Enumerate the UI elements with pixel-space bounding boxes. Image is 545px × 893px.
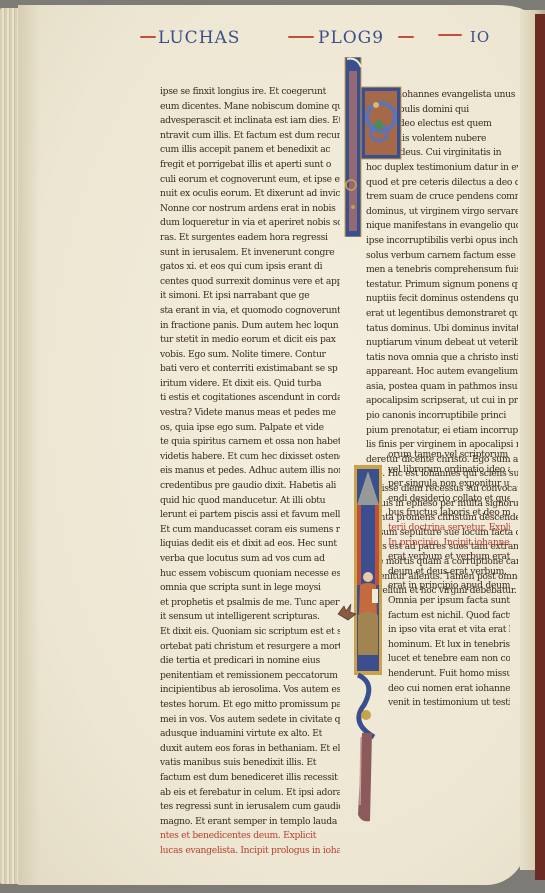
flourish-red (438, 34, 462, 36)
text-line: vatis manibus suis benedixit illis. Et (160, 756, 340, 771)
text-line: men a tenebris comprehensum fuisse (366, 263, 518, 278)
right-text-column-lower: orum tamen vel scriptorum tempore dispos… (388, 448, 510, 711)
text-line: eis manus et pedes. Adhuc autem illis no… (160, 464, 340, 479)
text-line: hominum. Et lux in tenebris (388, 638, 510, 653)
text-line: apocalipsim scripserat, ut cui in princi (366, 394, 518, 409)
text-line: per singula non exponitur ut sci (388, 477, 510, 492)
text-line: it simoni. Et ipsi narrabant que ge (160, 289, 340, 304)
text-line: lucas evangelista. Incipit prologus in i… (160, 844, 340, 859)
text-line: tes regressi sunt in ierusalem cum gaudi… (160, 800, 340, 815)
text-line: os, quia ipse ego sum. Palpate et vide (160, 421, 340, 436)
text-line: omnia que scripta sunt in lege moysi (160, 581, 340, 596)
text-line: in ipso vita erat et vita erat lux (388, 623, 510, 638)
text-line: quid hic quod manducetur. At illi obtu (160, 494, 340, 509)
text-line: ntravit cum illis. Et factum est dum rec… (160, 129, 340, 144)
text-line: nuptiarum vinum debeat ut veteribus inmu (366, 336, 518, 351)
text-line: in fractione panis. Dum autem hec loqun (160, 319, 340, 334)
text-line: solus verbum carnem factum esse nec lu (366, 249, 518, 264)
running-head-left: LUCHAS (158, 28, 240, 48)
text-line: fregit et porrigebat illis et aperti sun… (160, 158, 340, 173)
text-line: liquias dedit eis et dixit ad eos. Hec s… (160, 537, 340, 552)
text-line: terii doctrina servetur. Explicit prolog… (388, 521, 510, 536)
text-line: magno. Et erant semper in templo lauda (160, 815, 340, 830)
text-line: nuptiis fecit dominus ostendens quod ips… (366, 292, 518, 307)
text-line: Omnia per ipsum facta sunt et sine ipso (388, 594, 510, 609)
dragon-head-icon (336, 600, 358, 622)
text-line: ab eis et ferebatur in celum. Et ipsi ad… (160, 786, 340, 801)
flourish-red (288, 36, 314, 38)
text-line: ipse se finxit longius ire. Et coegerunt (160, 85, 340, 100)
text-line: testes horum. Et ego mitto promissum pat… (160, 698, 340, 713)
text-line: pio canonis incorruptibile princi (366, 409, 518, 424)
left-text-column: ipse se finxit longius ire. Et coegerunt… (160, 85, 340, 858)
text-line: orum tamen vel scriptorum tempore dispos… (388, 448, 510, 463)
text-line: ras. Et surgentes eadem hora regressi (160, 231, 340, 246)
text-line: bati vero et conterriti existimabant se … (160, 362, 340, 377)
text-line: pium prenotatur, ei etiam incorruptibi (366, 424, 518, 439)
text-line: adusque induamini virtute ex alto. Et (160, 727, 340, 742)
text-line: venit in testimonium ut testimonium perh… (388, 696, 510, 711)
text-line: culi eorum et cognoverunt eum, et ipse e… (160, 173, 340, 188)
text-line: erat verbum et verbum erat apud (388, 550, 510, 565)
text-line: tatis nova omnia que a christo instituun… (366, 351, 518, 366)
text-line: it sensum ut intelligerent scripturas. (160, 610, 340, 625)
flourish-red (140, 36, 156, 38)
text-line: tur stetit in medio eorum et dicit eis p… (160, 333, 340, 348)
text-line: erat in principio apud deum. (388, 579, 510, 594)
text-line: lerunt ei partem piscis assi et favum me… (160, 508, 340, 523)
text-line: duxit autem eos foras in bethaniam. Et e… (160, 742, 340, 757)
text-line: verba que locutus sum ad vos cum ad (160, 552, 340, 567)
text-line: factum est nichil. Quod factum est (388, 609, 510, 624)
text-line: eum dicentes. Mane nobiscum domine quoni… (160, 100, 340, 115)
historiated-initial-i (352, 465, 384, 825)
text-line: testatur. Primum signum ponens quod in (366, 278, 518, 293)
text-line: bus fructus laboris et deo magis (388, 506, 510, 521)
text-line: et prophetis et psalmis de me. Tunc aper… (160, 596, 340, 611)
text-line: vobis. Ego sum. Nolite timere. Contur (160, 348, 340, 363)
text-line: tatus dominus. Ubi dominus invitatus est… (366, 322, 518, 337)
text-line: Et cum manducasset coram eis sumens re (160, 523, 340, 538)
text-line: henderunt. Fuit homo missus a (388, 667, 510, 682)
text-line: Et dixit eis. Quoniam sic scriptum est e… (160, 625, 340, 640)
gutter-shadow (18, 5, 40, 885)
text-line: dum loqueretur in via et aperiret nobis … (160, 216, 340, 231)
text-line: centes quod surrexit dominus vere et app… (160, 275, 340, 290)
text-line: huc essem vobiscum quoniam necesse est i… (160, 567, 340, 582)
text-line: sta erant in via, et quomodo cognoverunt… (160, 304, 340, 319)
text-line: asia, postea quam in pathmos insula (366, 380, 518, 395)
flourish-red (398, 36, 414, 38)
text-line: deum et deus erat verbum. Hoc (388, 565, 510, 580)
text-line: factum est dum benediceret illis recessi… (160, 771, 340, 786)
text-line: credentibus pre gaudio dixit. Habetis al… (160, 479, 340, 494)
text-line: gatos xi. et eos qui cum ipsis erant di (160, 260, 340, 275)
historiated-initial-h (343, 57, 403, 237)
text-line: appareant. Hoc autem evangelium scripsit… (366, 365, 518, 380)
text-line: videtis habere. Et cum hec dixisset oste… (160, 450, 340, 465)
text-line: ntes et benedicentes deum. Explicit (160, 829, 340, 844)
text-line: ti estis et cogitationes ascendunt in co… (160, 391, 340, 406)
text-line: cum illis accepit panem et benedixit ac (160, 143, 340, 158)
text-line: incipientibus ab ierosolima. Vos autem e… (160, 683, 340, 698)
text-line: die tertia et predicari in nomine eius (160, 654, 340, 669)
text-line: erat ut legentibus demonstraret quod inv… (366, 307, 518, 322)
text-line: iritum videre. Et dixit eis. Quid turba (160, 377, 340, 392)
text-line: nuit ex oculis eorum. Et dixerunt ad inv… (160, 187, 340, 202)
running-head: LUCHAS PLOG9 IO (140, 28, 510, 52)
text-line: lucet et tenebre eam non compre (388, 652, 510, 667)
text-line: mei in vos. Vos autem sedete in civitate… (160, 713, 340, 728)
running-head-right: PLOG9 (318, 28, 384, 48)
folio-number: IO (470, 28, 490, 46)
text-line: te quia spiritus carnem et ossa non habe… (160, 435, 340, 450)
text-line: ortebat pati christum et resurgere a mor… (160, 640, 340, 655)
text-line: deo cui nomen erat iohannes. Hic (388, 682, 510, 697)
text-line: sunt in ierusalem. Et invenerunt congre (160, 246, 340, 261)
text-line: penitentiam et remissionem peccatorum in… (160, 669, 340, 684)
text-line: vestra? Videte manus meas et pedes me (160, 406, 340, 421)
text-line: advesperascit et inclinata est iam dies.… (160, 114, 340, 129)
text-line: vel librorum ordinatio ideo a nobis (388, 463, 510, 478)
text-line: Nonne cor nostrum ardens erat in nobis (160, 202, 340, 217)
text-line: endi desiderio collato et querenti (388, 492, 510, 507)
text-line: In principio. Incipit iohannes evangelis… (388, 536, 510, 551)
book-binding (535, 14, 545, 880)
